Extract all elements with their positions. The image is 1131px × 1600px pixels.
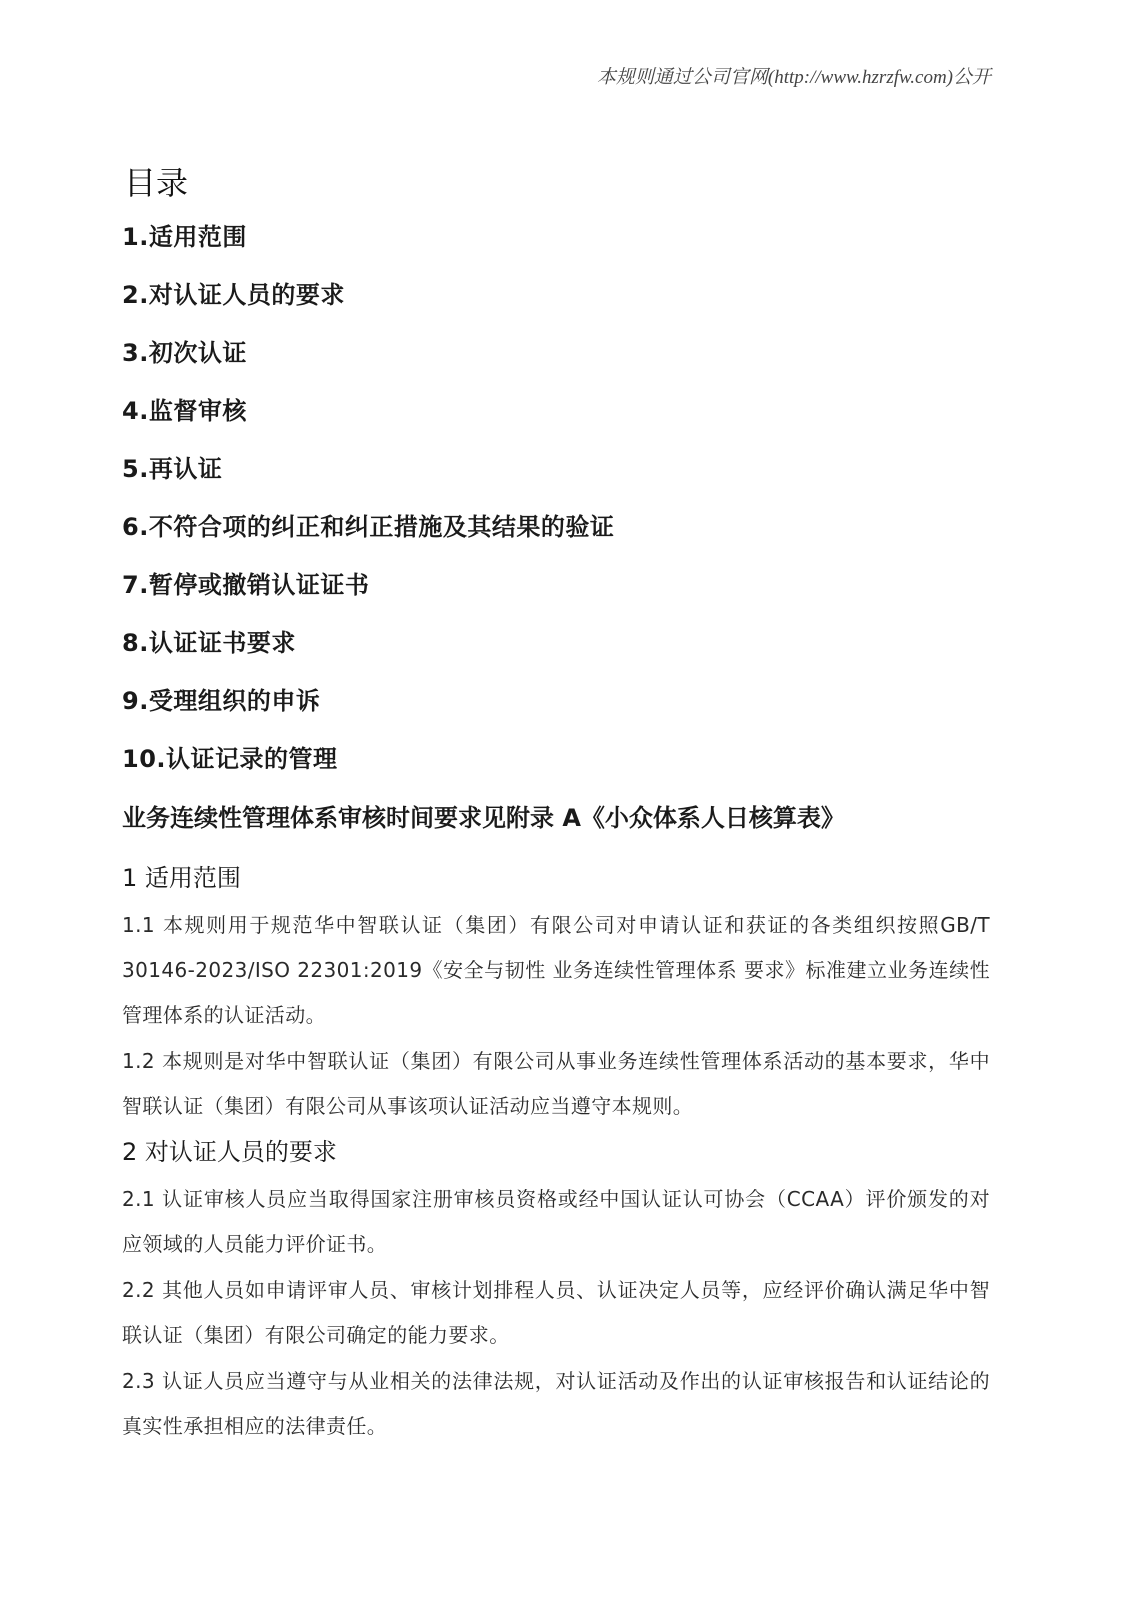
toc-item-appeals[interactable]: 9.受理组织的申诉 — [122, 682, 614, 740]
toc-item-certificate-requirements[interactable]: 8.认证证书要求 — [122, 624, 614, 682]
toc-item-surveillance-audit[interactable]: 4.监督审核 — [122, 392, 614, 450]
table-of-contents: 1.适用范围 2.对认证人员的要求 3.初次认证 4.监督审核 5.再认证 6.… — [122, 218, 614, 798]
paragraph-2-3: 2.3 认证人员应当遵守与从业相关的法律法规，对认证活动及作出的认证审核报告和认… — [122, 1359, 990, 1449]
paragraph-2-1: 2.1 认证审核人员应当取得国家注册审核员资格或经中国认证认可协会（CCAA）评… — [122, 1177, 990, 1267]
toc-item-personnel-requirements[interactable]: 2.对认证人员的要求 — [122, 276, 614, 334]
toc-item-nonconformity-correction[interactable]: 6.不符合项的纠正和纠正措施及其结果的验证 — [122, 508, 614, 566]
section-heading-personnel: 2 对认证人员的要求 — [122, 1132, 337, 1167]
toc-item-scope[interactable]: 1.适用范围 — [122, 218, 614, 276]
toc-item-records-management[interactable]: 10.认证记录的管理 — [122, 740, 614, 798]
toc-title: 目录 — [124, 158, 188, 204]
annex-note: 业务连续性管理体系审核时间要求见附录 A《小众体系人日核算表》 — [122, 798, 845, 833]
toc-item-suspension-withdrawal[interactable]: 7.暂停或撤销认证证书 — [122, 566, 614, 624]
toc-item-recertification[interactable]: 5.再认证 — [122, 450, 614, 508]
header-disclosure-note: 本规则通过公司官网(http://www.hzrzfw.com)公开 — [597, 62, 991, 89]
paragraph-1-1: 1.1 本规则用于规范华中智联认证（集团）有限公司对申请认证和获证的各类组织按照… — [122, 903, 990, 1038]
paragraph-2-2: 2.2 其他人员如申请评审人员、审核计划排程人员、认证决定人员等，应经评价确认满… — [122, 1268, 990, 1358]
section-heading-scope: 1 适用范围 — [122, 858, 241, 893]
paragraph-1-2: 1.2 本规则是对华中智联认证（集团）有限公司从事业务连续性管理体系活动的基本要… — [122, 1039, 990, 1129]
toc-item-initial-certification[interactable]: 3.初次认证 — [122, 334, 614, 392]
